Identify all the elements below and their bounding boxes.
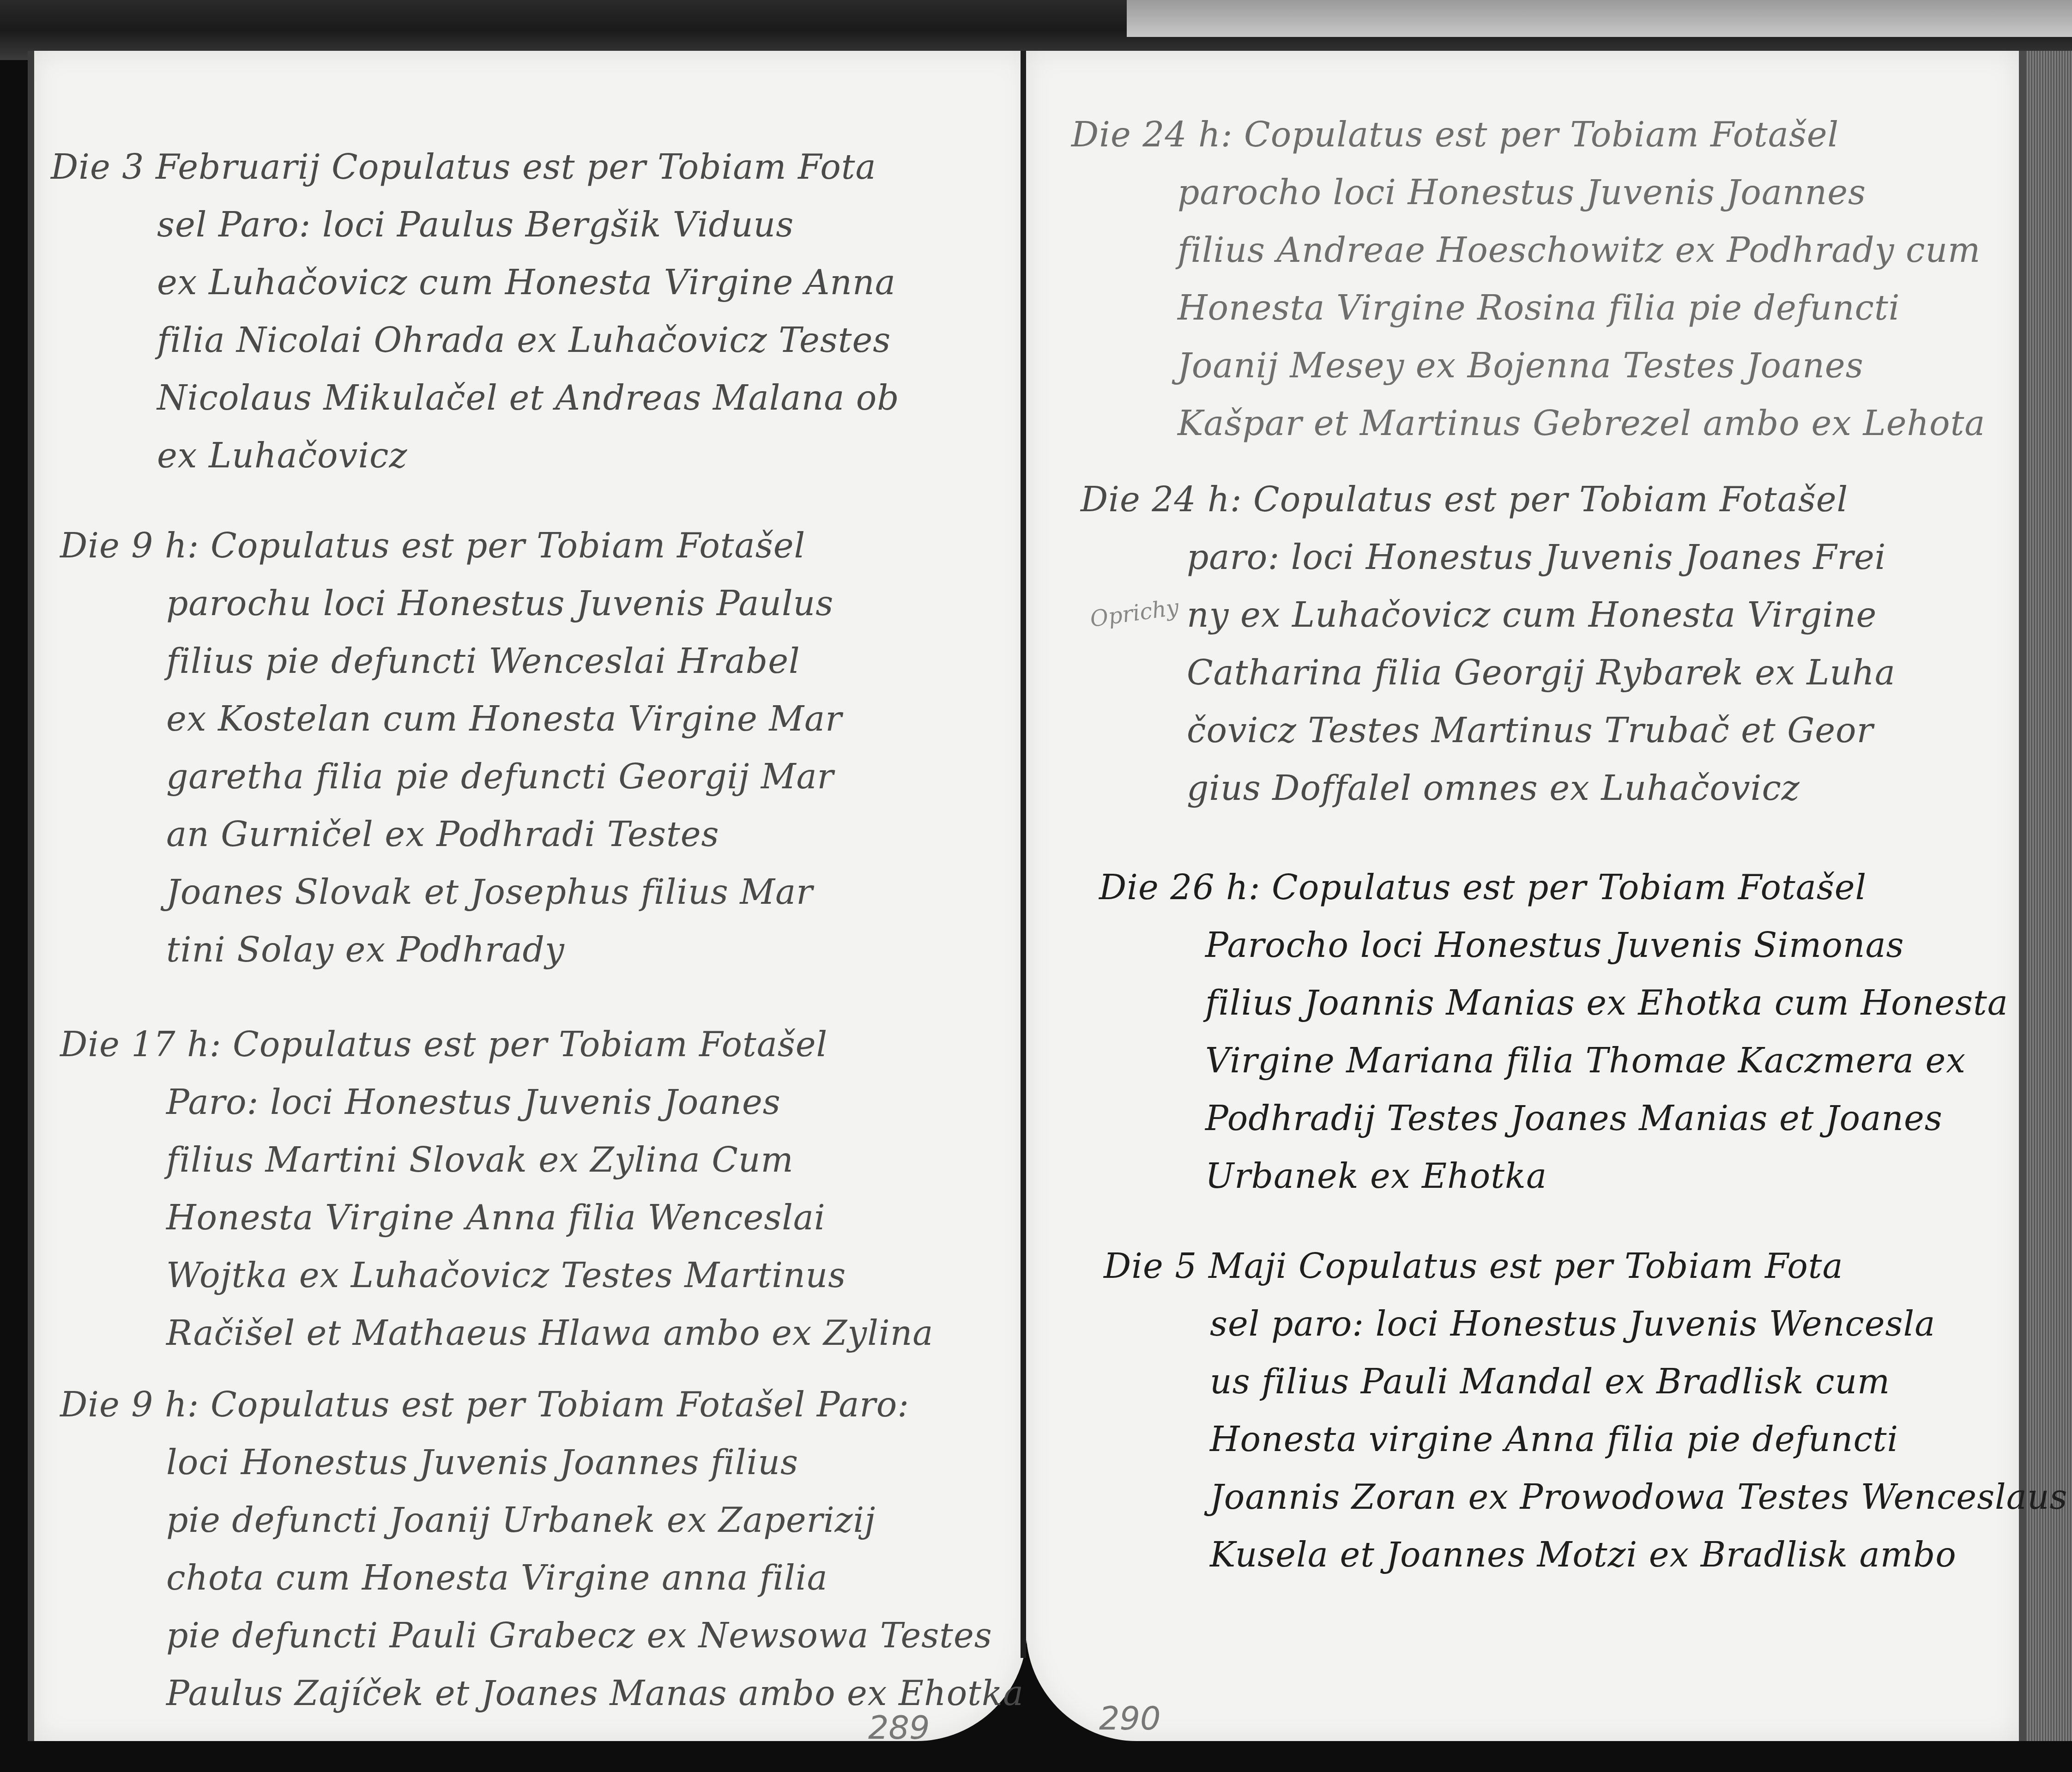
entry-line: parochu loci Honestus Juvenis Paulus — [60, 575, 842, 633]
entry-line: Kusela et Joannes Motzi ex Bradlisk ambo — [1104, 1526, 2068, 1584]
entry-line: Joanij Mesey ex Bojenna Testes Joanes — [1071, 337, 1986, 395]
entry-line: Joanes Slovak et Josephus filius Mar — [60, 864, 842, 921]
register-entry: Die 9 h: Copulatus est per Tobiam Fotaše… — [60, 517, 842, 979]
entry-line: filius Joannis Manias ex Ehotka cum Hone… — [1099, 974, 2008, 1032]
entry-line: Die 26 h: Copulatus est per Tobiam Fotaš… — [1099, 859, 2008, 917]
entry-line: loci Honestus Juvenis Joannes filius — [60, 1434, 1024, 1492]
entry-line: Catharina filia Georgij Rybarek ex Luha — [1081, 644, 1896, 702]
entry-line: tini Solay ex Podhrady — [60, 921, 842, 979]
entry-line: Podhradij Testes Joanes Manias et Joanes — [1099, 1090, 2008, 1148]
page-number-left: 289 — [868, 1709, 930, 1747]
entry-line: chota cum Honesta Virgine anna filia — [60, 1549, 1024, 1607]
entry-line: Die 17 h: Copulatus est per Tobiam Fotaš… — [60, 1016, 933, 1074]
entry-line: an Gurničel ex Podhradi Testes — [60, 806, 842, 864]
entry-line: Die 24 h: Copulatus est per Tobiam Fotaš… — [1071, 106, 1986, 164]
entry-line: filius Andreae Hoeschowitz ex Podhrady c… — [1071, 222, 1986, 279]
entry-line: pie defuncti Pauli Grabecz ex Newsowa Te… — [60, 1607, 1024, 1665]
register-entry: Die 24 h: Copulatus est per Tobiam Fotaš… — [1081, 471, 1896, 817]
register-entry: Die 5 Maji Copulatus est per Tobiam Fota… — [1104, 1238, 2068, 1584]
entry-line: Die 5 Maji Copulatus est per Tobiam Fota — [1104, 1238, 2068, 1295]
entry-line: Joannis Zoran ex Prowodowa Testes Wences… — [1104, 1469, 2068, 1526]
entry-line: ex Kostelan cum Honesta Virgine Mar — [60, 690, 842, 748]
entry-line: paro: loci Honestus Juvenis Joanes Frei — [1081, 529, 1896, 587]
register-entry: Die 9 h: Copulatus est per Tobiam Fotaše… — [60, 1376, 1024, 1723]
entry-line: Parocho loci Honestus Juvenis Simonas — [1099, 917, 2008, 974]
entry-line: filia Nicolai Ohrada ex Luhačovicz Teste… — [51, 312, 900, 369]
entry-line: Die 9 h: Copulatus est per Tobiam Fotaše… — [60, 517, 842, 575]
register-entry: Die 17 h: Copulatus est per Tobiam Fotaš… — [60, 1016, 933, 1362]
entry-line: filius Martini Slovak ex Zylina Cum — [60, 1131, 933, 1189]
entry-line: ny ex Luhačovicz cum Honesta Virgine — [1081, 587, 1896, 644]
entry-line: Nicolaus Mikulačel et Andreas Malana ob — [51, 369, 900, 427]
entry-line: Die 9 h: Copulatus est per Tobiam Fotaše… — [60, 1376, 1024, 1434]
register-entry: Die 3 Februarij Copulatus est per Tobiam… — [51, 139, 900, 485]
entry-line: filius pie defuncti Wenceslai Hrabel — [60, 633, 842, 690]
entry-line: Honesta Virgine Rosina filia pie defunct… — [1071, 279, 1986, 337]
entry-line: sel Paro: loci Paulus Bergšik Viduus — [51, 196, 900, 254]
loose-paper-strip — [1127, 0, 2072, 37]
entry-line: Virgine Mariana filia Thomae Kaczmera ex — [1099, 1032, 2008, 1090]
entry-line: Die 24 h: Copulatus est per Tobiam Fotaš… — [1081, 471, 1896, 529]
entry-line: gius Doffalel omnes ex Luhačovicz — [1081, 760, 1896, 817]
entry-line: Kašpar et Martinus Gebrezel ambo ex Leho… — [1071, 395, 1986, 453]
entry-line: sel paro: loci Honestus Juvenis Wencesla — [1104, 1295, 2068, 1353]
entry-line: ex Luhačovicz — [51, 427, 900, 485]
register-entry: Die 24 h: Copulatus est per Tobiam Fotaš… — [1071, 106, 1986, 453]
entry-line: Paro: loci Honestus Juvenis Joanes — [60, 1074, 933, 1131]
register-entry: Die 26 h: Copulatus est per Tobiam Fotaš… — [1099, 859, 2008, 1205]
entry-line: Die 3 Februarij Copulatus est per Tobiam… — [51, 139, 900, 196]
entry-line: čovicz Testes Martinus Trubač et Geor — [1081, 702, 1896, 760]
entry-line: Wojtka ex Luhačovicz Testes Martinus — [60, 1247, 933, 1305]
entry-line: ex Luhačovicz cum Honesta Virgine Anna — [51, 254, 900, 312]
entry-line: pie defuncti Joanij Urbanek ex Zaperizij — [60, 1492, 1024, 1549]
entry-line: us filius Pauli Mandal ex Bradlisk cum — [1104, 1353, 2068, 1411]
entry-line: Račišel et Mathaeus Hlawa ambo ex Zylina — [60, 1305, 933, 1362]
entry-line: parocho loci Honestus Juvenis Joannes — [1071, 164, 1986, 222]
page-number-right: 290 — [1099, 1699, 1161, 1737]
entry-line: Urbanek ex Ehotka — [1099, 1148, 2008, 1205]
entry-line: garetha filia pie defuncti Georgij Mar — [60, 748, 842, 806]
entry-line: Honesta Virgine Anna filia Wenceslai — [60, 1189, 933, 1247]
entry-line: Honesta virgine Anna filia pie defuncti — [1104, 1411, 2068, 1469]
